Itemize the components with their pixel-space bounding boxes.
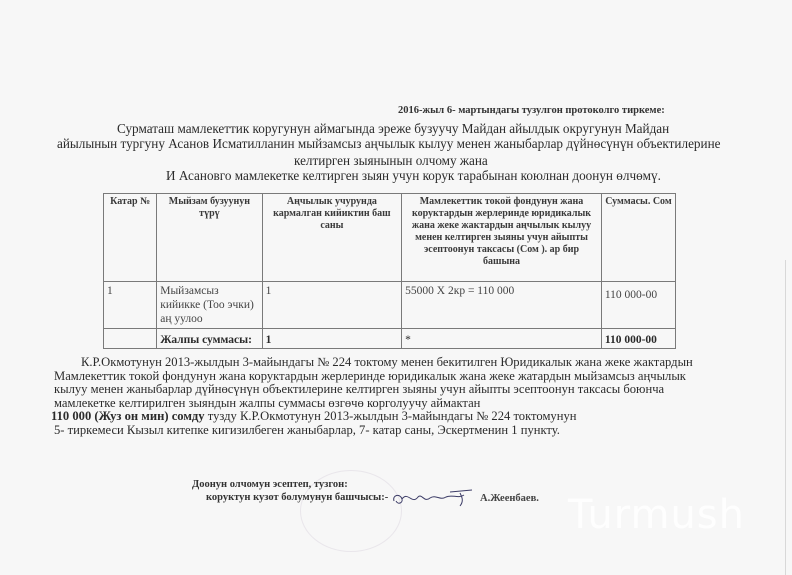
header-rate: Мамлекеттик токой фондунун жана коруктар… [402, 194, 602, 282]
cell-row-number: 1 [104, 282, 157, 329]
total-label: Жалпы суммасы: [157, 329, 262, 349]
amount-bold: 110 000 (Жуз он мин) сомду [51, 409, 205, 423]
body-paragraph: К.Р.Окмотунун 2013-жылдын 3-майындагы № … [54, 356, 764, 438]
table-total-row: Жалпы суммасы: 1 * 110 000-00 [104, 329, 676, 349]
signer-name: А.Жеенбаев. [480, 493, 539, 504]
cell-violation-type: Мыйзамсыз кийикке (Тоо эчки) аң уулоо [157, 282, 262, 329]
title-line-3: келтирген зыянынын олчому жана [294, 153, 488, 169]
cell-rate: 55000 X 2кр = 110 000 [402, 282, 602, 329]
body-line-6: 5- тиркемеси Кызыл китепке кигизилбеген … [54, 424, 764, 438]
header-head-count: Аңчылык учурунда кармалган кийиктин баш … [262, 194, 402, 282]
header-violation-type: Мыйзам бузуунун түрү [157, 194, 262, 282]
total-count: 1 [262, 329, 402, 349]
total-rate: * [402, 329, 602, 349]
signature-line-2: коруктун кузот болумунун башчысы:- [192, 491, 388, 504]
table-row: 1 Мыйзамсыз кийикке (Тоо эчки) аң уулоо … [104, 282, 676, 329]
header-sum: Суммасы. Сом [601, 194, 675, 282]
title-line-4: И Асановго мамлекетке келтирген зыян учу… [166, 168, 661, 184]
body-line-4: мамлекетке келтирилген зыяндын жалпы сум… [54, 397, 764, 411]
header-row-number: Катар № [104, 194, 157, 282]
handwritten-signature-icon [390, 487, 475, 509]
cell-empty [104, 329, 157, 349]
body-line-1: К.Р.Окмотунун 2013-жылдын 3-майындагы № … [54, 356, 764, 370]
table-header-row: Катар № Мыйзам бузуунун түрү Аңчылык учу… [104, 194, 676, 282]
watermark: Turmush [568, 492, 745, 538]
cell-sum: 110 000-00 [601, 282, 675, 329]
body-line-5: 110 000 (Жуз он мин) сомду тузду К.Р.Окм… [51, 410, 764, 424]
damage-table: Катар № Мыйзам бузуунун түрү Аңчылык учу… [103, 193, 676, 349]
document-page: 2016-жыл 6- мартындагы тузулгон протокол… [0, 0, 792, 575]
title-line-1: Сурматаш мамлекеттик коругунун аймагында… [117, 121, 669, 137]
page-edge [785, 260, 786, 575]
signature-block: Доонун олчомун эсептеп, тузгон: коруктун… [192, 478, 388, 504]
total-sum: 110 000-00 [601, 329, 675, 349]
body-line-2: Мамлекеттик токой фондунун жана коруктар… [54, 370, 764, 384]
annex-note: 2016-жыл 6- мартындагы тузулгон протокол… [398, 105, 665, 116]
amount-rest: тузду К.Р.Окмотунун 2013-жылдын 3-майынд… [205, 409, 577, 423]
signature-line-1: Доонун олчомун эсептеп, тузгон: [192, 478, 388, 491]
cell-head-count: 1 [262, 282, 402, 329]
title-line-2: айылынын тургуну Асанов Исматилланин мый… [57, 136, 720, 152]
body-line-3: кылуу менен жаныбарлар дүйнөсүнүн объект… [54, 383, 764, 397]
